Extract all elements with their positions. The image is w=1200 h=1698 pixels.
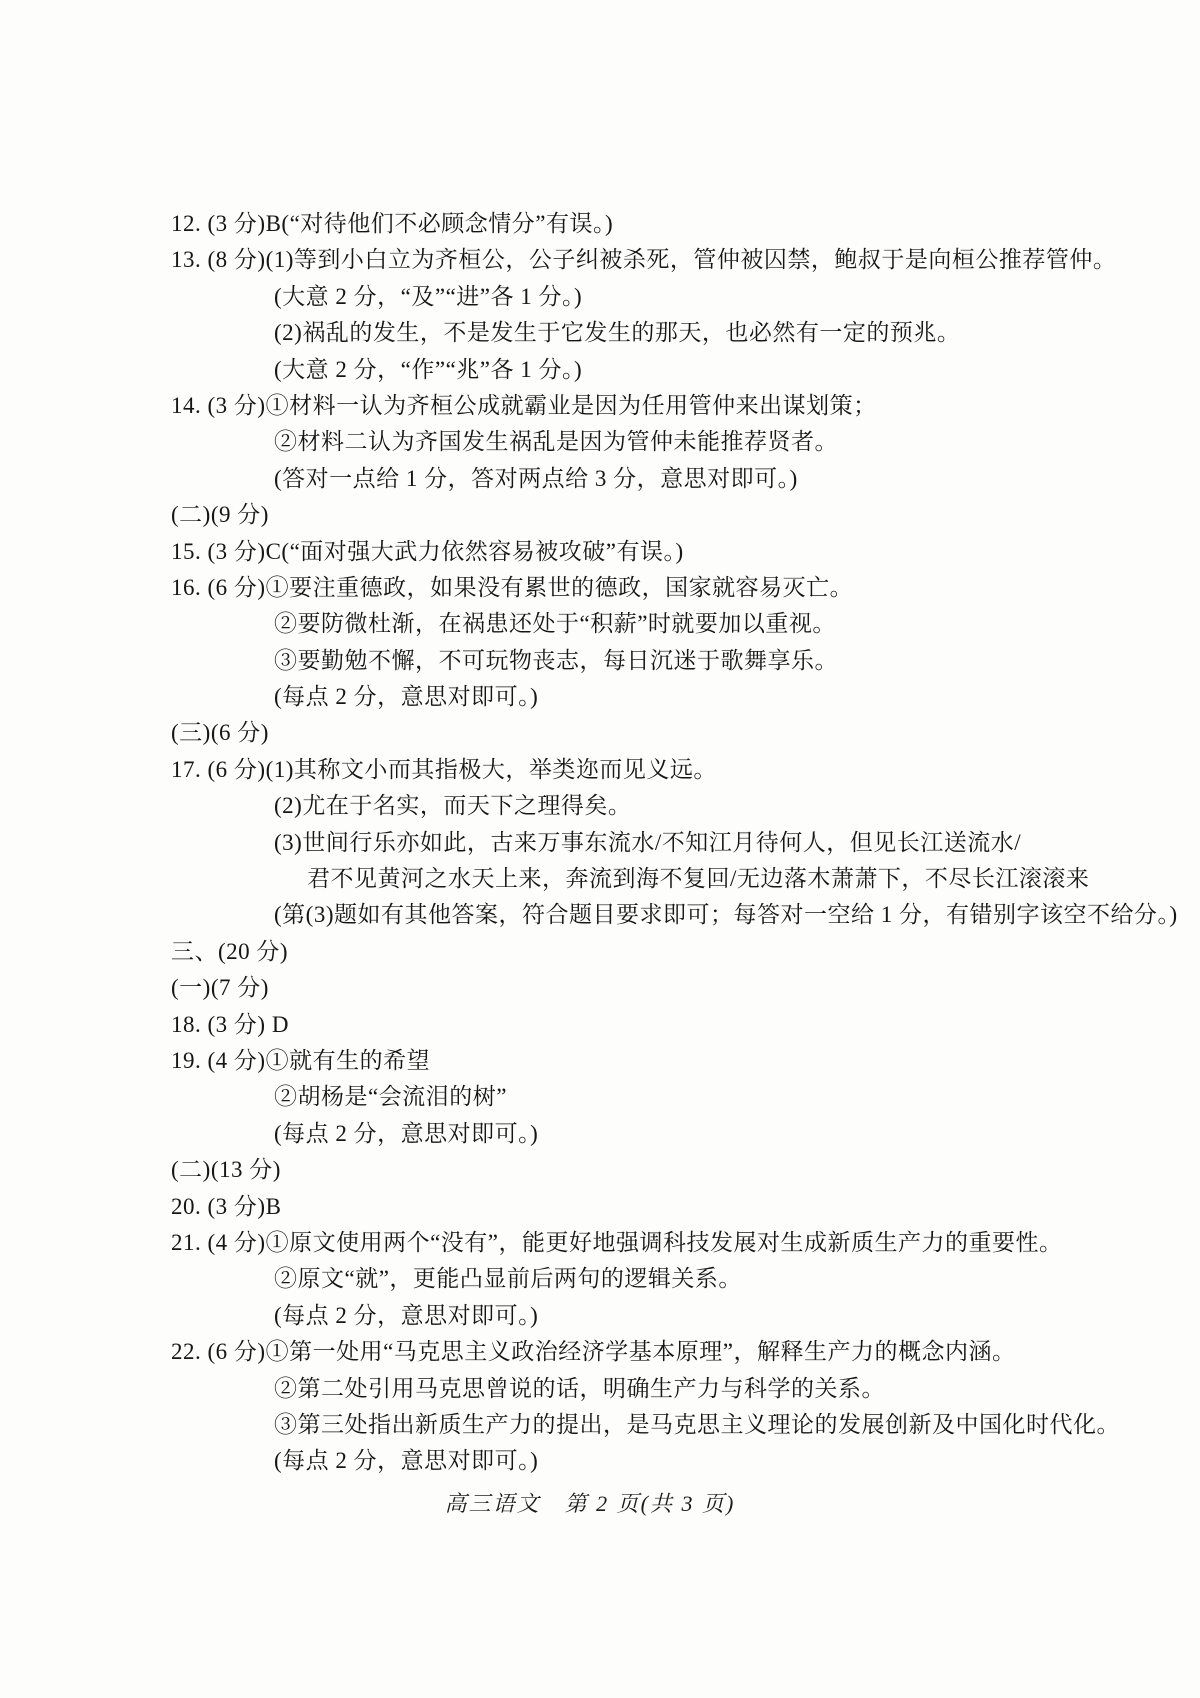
answer-line: 14. (3 分)①材料一认为齐桓公成就霸业是因为任用管仲来出谋划策； (171, 388, 1131, 424)
page-footer: 高三语文 第 2 页(共 3 页) (0, 1487, 1180, 1518)
answer-line: 22. (6 分)①第一处用“马克思主义政治经济学基本原理”，解释生产力的概念内… (171, 1334, 1131, 1370)
answer-line: (二)(9 分) (171, 497, 1131, 533)
answer-line: 18. (3 分) D (171, 1007, 1131, 1043)
answer-line: (2)祸乱的发生，不是发生于它发生的那天，也必然有一定的预兆。 (171, 315, 1131, 351)
answer-line: 21. (4 分)①原文使用两个“没有”，能更好地强调科技发展对生成新质生产力的… (171, 1225, 1131, 1261)
answer-line: ②胡杨是“会流泪的树” (171, 1079, 1131, 1115)
answer-line: (大意 2 分，“作”“兆”各 1 分。) (171, 352, 1131, 388)
answer-line: ②材料二认为齐国发生祸乱是因为管仲未能推荐贤者。 (171, 424, 1131, 460)
answer-line: (三)(6 分) (171, 715, 1131, 751)
answer-line: ②第二处引用马克思曾说的话，明确生产力与科学的关系。 (171, 1371, 1131, 1407)
answer-line: (大意 2 分，“及”“进”各 1 分。) (171, 279, 1131, 315)
answer-line: (2)尤在于名实，而天下之理得矣。 (171, 788, 1131, 824)
answer-line: ②要防微杜渐，在祸患还处于“积薪”时就要加以重视。 (171, 606, 1131, 642)
answer-line: ②原文“就”，更能凸显前后两句的逻辑关系。 (171, 1261, 1131, 1297)
answer-sheet-page: 12. (3 分)B(“对待他们不必顾念情分”有误。)13. (8 分)(1)等… (0, 0, 1200, 1698)
answer-line: 13. (8 分)(1)等到小白立为齐桓公，公子纠被杀死，管仲被囚禁，鲍叔于是向… (171, 242, 1131, 278)
answer-line: (3)世间行乐亦如此，古来万事东流水/不知江月待何人，但见长江送流水/ (171, 825, 1131, 861)
answer-line: 君不见黄河之水天上来，奔流到海不复回/无边落木萧萧下，不尽长江滚滚来 (171, 861, 1131, 897)
answer-line: (二)(13 分) (171, 1152, 1131, 1188)
answer-lines: 12. (3 分)B(“对待他们不必顾念情分”有误。)13. (8 分)(1)等… (171, 206, 1131, 1480)
answer-line: (每点 2 分，意思对即可。) (171, 1298, 1131, 1334)
answer-line: 三、(20 分) (171, 934, 1131, 970)
answer-line: (第(3)题如有其他答案，符合题目要求即可；每答对一空给 1 分，有错别字该空不… (171, 897, 1131, 933)
answer-line: (每点 2 分，意思对即可。) (171, 1443, 1131, 1479)
answer-line: (答对一点给 1 分，答对两点给 3 分，意思对即可。) (171, 461, 1131, 497)
answer-line: 12. (3 分)B(“对待他们不必顾念情分”有误。) (171, 206, 1131, 242)
answer-line: 15. (3 分)C(“面对强大武力依然容易被攻破”有误。) (171, 534, 1131, 570)
answer-line: 17. (6 分)(1)其称文小而其指极大，举类迩而见义远。 (171, 752, 1131, 788)
answer-line: ③要勤勉不懈，不可玩物丧志，每日沉迷于歌舞享乐。 (171, 643, 1131, 679)
answer-line: 20. (3 分)B (171, 1189, 1131, 1225)
answer-line: (每点 2 分，意思对即可。) (171, 679, 1131, 715)
answer-line: 19. (4 分)①就有生的希望 (171, 1043, 1131, 1079)
answer-line: 16. (6 分)①要注重德政，如果没有累世的德政，国家就容易灭亡。 (171, 570, 1131, 606)
answer-line: (每点 2 分，意思对即可。) (171, 1116, 1131, 1152)
answer-line: ③第三处指出新质生产力的提出，是马克思主义理论的发展创新及中国化时代化。 (171, 1407, 1131, 1443)
answer-line: (一)(7 分) (171, 970, 1131, 1006)
